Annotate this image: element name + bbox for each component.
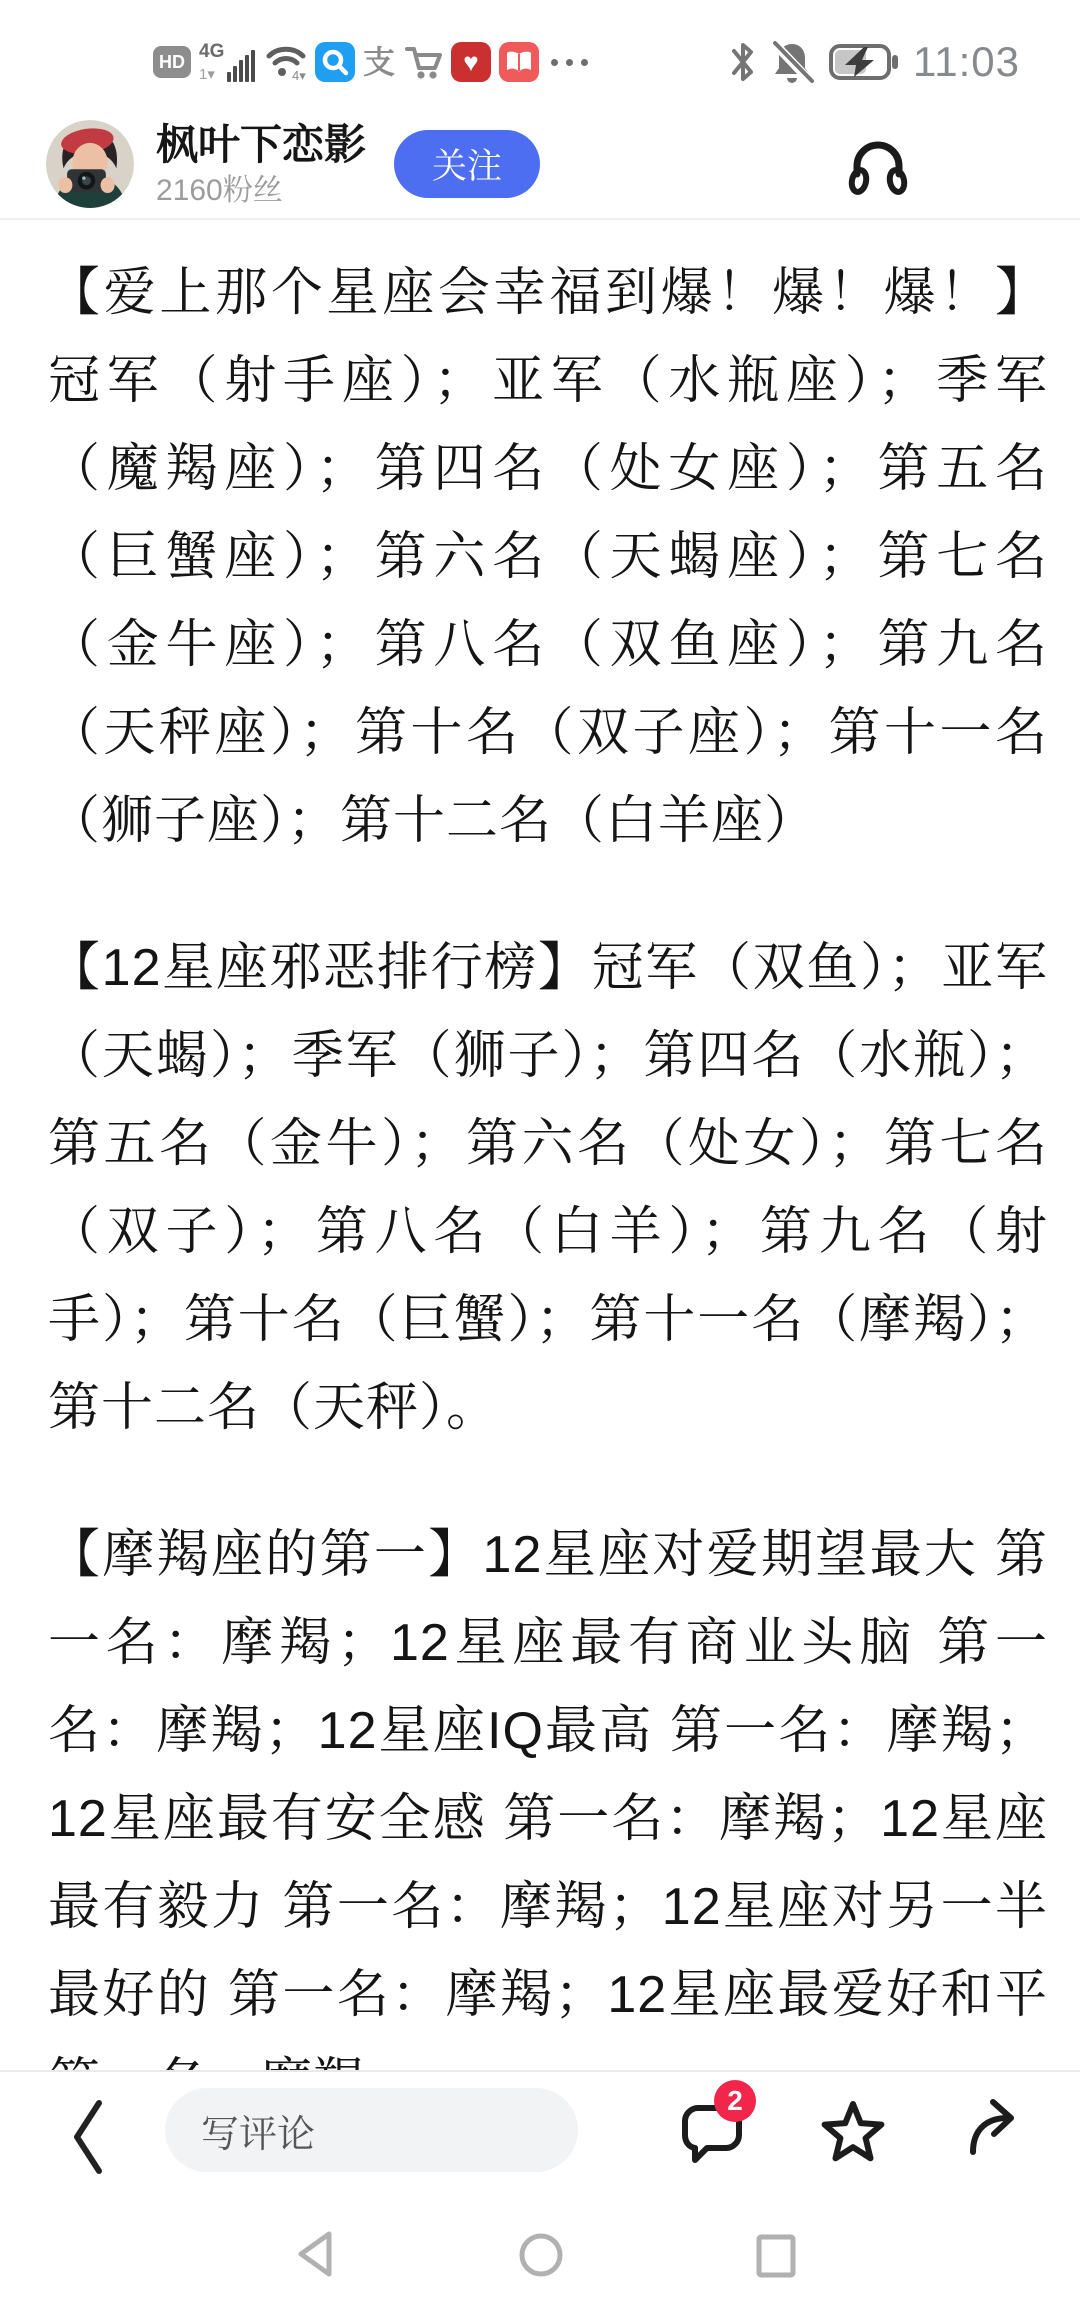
paragraph-evil-ranking: 【12星座邪恶排行榜】冠军（双鱼）；亚军（天蝎）；季军（狮子）；第四名（水瓶）；…	[48, 924, 1048, 1452]
book-app-icon	[499, 42, 539, 82]
avatar[interactable]	[46, 120, 134, 208]
status-right-cluster: 11:03	[730, 38, 1020, 86]
author-info: 枫叶下恋影 2160粉丝	[156, 122, 366, 207]
nav-recents-button[interactable]	[755, 2234, 797, 2283]
search-app-icon	[315, 42, 355, 82]
signal-bars-icon	[227, 48, 255, 82]
signal-labels: 4G 1▾	[199, 42, 227, 82]
bluetooth-icon	[730, 38, 756, 86]
comment-placeholder: 写评论	[201, 2103, 315, 2158]
nav-home-button[interactable]	[518, 2232, 564, 2283]
signal-icon: 4G 1▾	[199, 42, 257, 82]
svg-text:4▾: 4▾	[292, 68, 306, 82]
android-nav-bar	[0, 2200, 1080, 2310]
share-button[interactable]	[960, 2096, 1026, 2165]
follower-count: 2160粉丝	[156, 175, 366, 207]
home-circle-icon	[518, 2232, 564, 2278]
share-arrow-icon	[960, 2096, 1026, 2160]
clock-time: 11:03	[913, 38, 1020, 86]
paragraph-capricorn-firsts: 【摩羯座的第一】12星座对爱期望最大 第一名：摩羯；12星座最有商业头脑 第一名…	[48, 1511, 1048, 2070]
comment-bar: 写评论 2	[0, 2070, 1080, 2200]
post-content: 【爱上那个星座会幸福到爆！爆！爆！】冠军（射手座）；亚军（水瓶座）；季军（魔羯座…	[0, 222, 1080, 2070]
heart-app-icon: ♥	[451, 42, 491, 82]
follow-button[interactable]: 关注	[394, 130, 540, 198]
comment-count-badge: 2	[714, 2080, 756, 2122]
sim2-label: 1▾	[199, 67, 227, 82]
battery-charging-icon	[828, 40, 900, 84]
hd-icon: HD	[153, 46, 191, 78]
network-type-label: 4G	[199, 42, 227, 61]
post-header: 枫叶下恋影 2160粉丝 关注	[0, 110, 1080, 220]
wifi-icon: 4▾	[265, 42, 307, 82]
more-apps-icon	[551, 59, 588, 66]
nav-back-button[interactable]	[291, 2228, 337, 2285]
comment-input[interactable]: 写评论	[165, 2088, 578, 2172]
screen: HD 4G 1▾ 4▾	[0, 0, 1080, 2310]
comments-button[interactable]: 2	[680, 2102, 746, 2168]
listen-audio-button[interactable]	[848, 134, 908, 201]
hd-label: HD	[159, 52, 185, 73]
back-triangle-icon	[291, 2228, 337, 2280]
status-left-cluster: HD 4G 1▾ 4▾	[153, 42, 588, 82]
favorite-button[interactable]	[820, 2098, 886, 2167]
cart-app-icon	[403, 42, 443, 82]
alipay-app-icon: 支	[363, 42, 395, 82]
star-icon	[820, 2098, 886, 2162]
recents-square-icon	[755, 2234, 797, 2278]
follow-button-label: 关注	[432, 139, 502, 189]
author-name: 枫叶下恋影	[156, 122, 366, 168]
status-bar: HD 4G 1▾ 4▾	[0, 0, 1080, 110]
back-button[interactable]	[70, 2096, 106, 2183]
bell-muted-icon	[769, 38, 815, 86]
paragraph-love-ranking: 【爱上那个星座会幸福到爆！爆！爆！】冠军（射手座）；亚军（水瓶座）；季军（魔羯座…	[48, 249, 1048, 865]
